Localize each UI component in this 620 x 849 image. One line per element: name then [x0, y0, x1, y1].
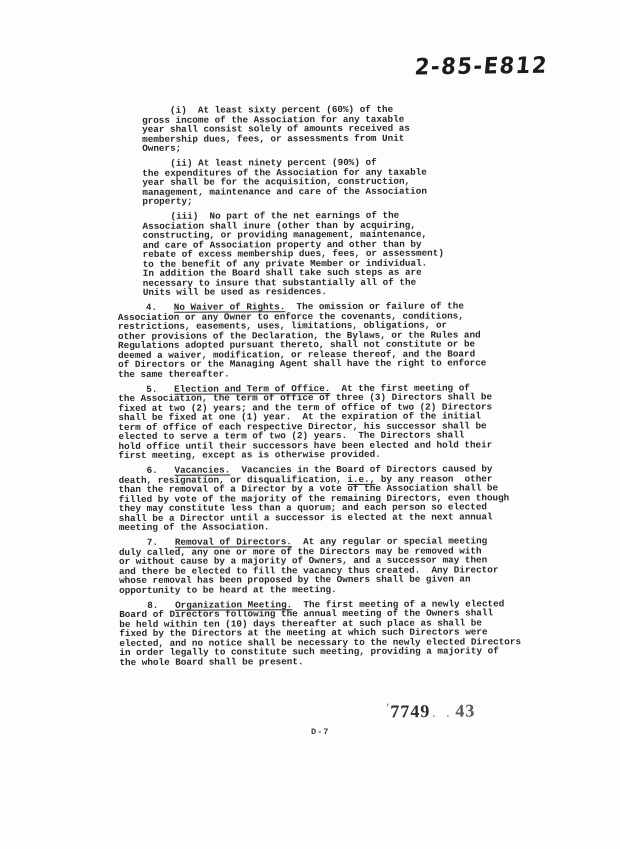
page-number: D-7 [311, 727, 329, 737]
text-line: Units will be used as residences. [143, 286, 558, 297]
text-line: first meeting, except as is otherwise pr… [119, 449, 559, 460]
paragraph: 8. Organization Meeting. The first meeti… [119, 599, 559, 667]
stamp-number: '7749. .43 [386, 700, 476, 723]
paragraph: 6. Vacancies. Vacancies in the Board of … [119, 464, 559, 532]
handwritten-code: 2-85-E812 [414, 52, 549, 80]
paragraph: (ii) At least ninety percent (90%) ofthe… [142, 157, 557, 206]
text-segment: Owners; [142, 143, 181, 154]
paragraph: 5. Election and Term of Office. At the f… [118, 383, 558, 461]
text-segment: meeting of the Association. [119, 521, 270, 533]
text-segment: membership dues, fees, or assessments fr… [142, 132, 404, 144]
paragraph: 4. No Waiver of Rights. The omission or … [118, 301, 558, 379]
stamp-tick: ' [386, 700, 390, 714]
document-body: (i) At least sixty percent (60%) of theg… [117, 104, 559, 672]
paragraph: 7. Removal of Directors. At any regular … [119, 536, 559, 595]
stamp-suffix: 43 [455, 701, 475, 721]
text-line: opportunity to be heard at the meeting. [119, 584, 559, 595]
text-line: the whole Board shall be present. [119, 656, 559, 667]
stamp-main: 7749 [390, 701, 430, 721]
text-segment: the whole Board shall be present. [119, 656, 303, 668]
document-page: 2-85-E812 (i) At least sixty percent (60… [0, 0, 620, 849]
text-line: the same thereafter. [118, 368, 558, 379]
stamp-dots: . . [432, 706, 453, 720]
text-segment: property; [142, 196, 192, 207]
paragraph: (iii) No part of the net earnings of the… [142, 210, 557, 297]
text-segment: Units will be used as residences. [143, 286, 327, 298]
text-segment: first meeting, except as is otherwise pr… [119, 449, 381, 461]
text-segment: the same thereafter. [118, 368, 230, 379]
text-segment: opportunity to be heard at the meeting. [119, 584, 337, 596]
text-line: meeting of the Association. [119, 521, 559, 532]
paragraph: (i) At least sixty percent (60%) of theg… [142, 104, 557, 153]
